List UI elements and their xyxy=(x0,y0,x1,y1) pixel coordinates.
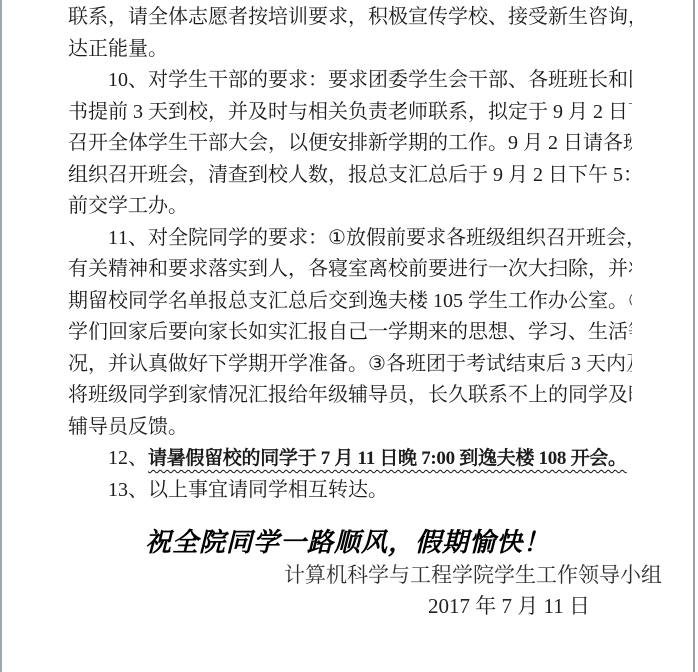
body-line: 召开全体学生干部大会，以便安排新学期的工作。9月2日请各班长 xyxy=(68,128,632,160)
date-line: 2017 年 7 月 11 日 xyxy=(68,591,590,622)
document-page: 联系，请全体志愿者按培训要求，积极宣传学校、接受新生咨询，传 达正能量。 10、… xyxy=(0,0,698,672)
body-line: 辅导员反馈。 xyxy=(68,412,632,444)
body-line: 书提前3天到校，并及时与相关负责老师联系，拟定于9月2日下午 xyxy=(68,97,632,129)
body-line: 前交学工办。 xyxy=(68,191,632,223)
page-left-edge xyxy=(0,0,2,672)
body-line: 况，并认真做好下学期开学准备。③各班团于考试结束后3天内及时 xyxy=(68,349,632,381)
item-13-line: 13、以上事宜请同学相互转达。 xyxy=(68,475,632,507)
item-12-emphasized-text: 请暑假留校的同学于 7 月 11 日晚 7:00 到逸夫楼 108 开会。 xyxy=(148,448,627,469)
body-line: 组织召开班会，清查到校人数，报总支汇总后于9月2日下午5：00 xyxy=(68,160,632,192)
body-line: 期留校同学名单报总支汇总后交到逸夫楼105学生工作办公室。②同 xyxy=(68,286,632,318)
item-10-line: 10、对学生干部的要求：要求团委学生会干部、各班班长和团支 xyxy=(68,65,632,97)
page-right-edge xyxy=(693,0,695,672)
item-12-number: 12、 xyxy=(108,447,148,469)
body-line: 学们回家后要向家长如实汇报自己一学期来的思想、学习、生活等情 xyxy=(68,317,632,349)
body-line: 联系，请全体志愿者按培训要求，积极宣传学校、接受新生咨询，传 xyxy=(68,2,632,34)
item-12-line: 12、请暑假留校的同学于 7 月 11 日晚 7:00 到逸夫楼 108 开会。 xyxy=(68,443,632,475)
body-line: 将班级同学到家情况汇报给年级辅导员，长久联系不上的同学及时向 xyxy=(68,380,632,412)
closing-wish: 祝全院同学一路顺风，假期愉快！ xyxy=(145,526,550,560)
body-line: 达正能量。 xyxy=(68,34,632,66)
item-11-line: 11、对全院同学的要求：①放假前要求各班级组织召开班会，将 xyxy=(68,223,632,255)
signature-line: 计算机科学与工程学院学生工作领导小组 xyxy=(68,560,662,591)
document-body: 联系，请全体志愿者按培训要求，积极宣传学校、接受新生咨询，传 达正能量。 10、… xyxy=(68,2,632,506)
body-line: 有关精神和要求落实到人，各寝室离校前要进行一次大扫除，并将假 xyxy=(68,254,632,286)
